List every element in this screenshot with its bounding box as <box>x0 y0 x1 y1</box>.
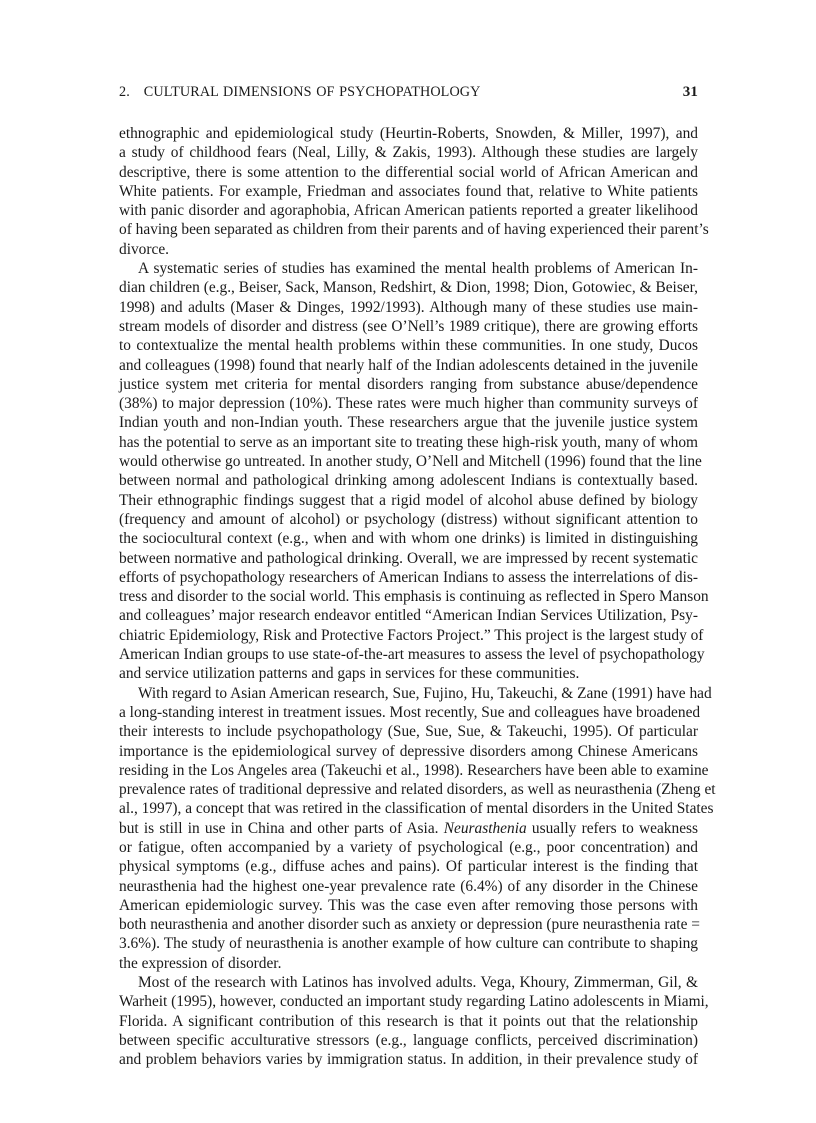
text-line: (38%) to major depression (10%). These r… <box>119 394 698 413</box>
text-line: between normative and pathological drink… <box>119 549 698 568</box>
paragraph-start-line: With regard to Asian American research, … <box>119 684 698 703</box>
text-line: American Indian groups to use state-of-t… <box>119 645 698 664</box>
text-line: 3.6%). The study of neurasthenia is anot… <box>119 934 698 953</box>
text-line: and service utilization patterns and gap… <box>119 664 698 683</box>
italic-term: Neurasthenia <box>444 820 527 837</box>
text-line: efforts of psychopathology researchers o… <box>119 568 698 587</box>
text-segment: usually refers to weakness <box>527 820 698 837</box>
text-line: and problem behaviors varies by immigrat… <box>119 1050 698 1069</box>
text-line: Their ethnographic findings suggest that… <box>119 491 698 510</box>
text-line: importance is the epidemiological survey… <box>119 742 698 761</box>
text-line: prevalence rates of traditional depressi… <box>119 780 698 799</box>
running-head: 2. CULTURAL DIMENSIONS OF PSYCHOPATHOLOG… <box>119 84 698 104</box>
text-line: Florida. A significant contribution of t… <box>119 1012 698 1031</box>
text-line: neurasthenia had the highest one-year pr… <box>119 877 698 896</box>
text-line: chiatric Epidemiology, Risk and Protecti… <box>119 626 698 645</box>
text-line: or fatigue, often accompanied by a varie… <box>119 838 698 857</box>
text-line: a study of childhood fears (Neal, Lilly,… <box>119 143 698 162</box>
text-line: Warheit (1995), however, conducted an im… <box>119 992 698 1011</box>
text-line: justice system met criteria for mental d… <box>119 375 698 394</box>
text-segment: but is still in use in China and other p… <box>119 820 444 837</box>
text-line: divorce. <box>119 240 698 259</box>
text-line: has the potential to serve as an importa… <box>119 433 698 452</box>
text-line: Indian youth and non-Indian youth. These… <box>119 413 698 432</box>
text-line: al., 1997), a concept that was retired i… <box>119 799 698 818</box>
text-line: both neurasthenia and another disorder s… <box>119 915 698 934</box>
paragraph-start-line: Most of the research with Latinos has in… <box>119 973 698 992</box>
paragraph-start-line: A systematic series of studies has exami… <box>119 259 698 278</box>
document-page: 2. CULTURAL DIMENSIONS OF PSYCHOPATHOLOG… <box>119 84 698 1070</box>
text-line: their interests to include psychopatholo… <box>119 722 698 741</box>
text-line: between normal and pathological drinking… <box>119 471 698 490</box>
text-line: stream models of disorder and distress (… <box>119 317 698 336</box>
text-line: physical symptoms (e.g., diffuse aches a… <box>119 857 698 876</box>
text-line: American epidemiologic survey. This was … <box>119 896 698 915</box>
text-line: the sociocultural context (e.g., when an… <box>119 529 698 548</box>
text-line: would otherwise go untreated. In another… <box>119 452 698 471</box>
page-number: 31 <box>683 84 698 101</box>
text-line: White patients. For example, Friedman an… <box>119 182 698 201</box>
text-line: and colleagues’ major research endeavor … <box>119 606 698 625</box>
text-line: residing in the Los Angeles area (Takeuc… <box>119 761 698 780</box>
text-line: but is still in use in China and other p… <box>119 819 698 838</box>
text-line: and colleagues (1998) found that nearly … <box>119 356 698 375</box>
text-line: with panic disorder and agoraphobia, Afr… <box>119 201 698 220</box>
text-line: descriptive, there is some attention to … <box>119 163 698 182</box>
text-line: to contextualize the mental health probl… <box>119 336 698 355</box>
text-line: 1998) and adults (Maser & Dinges, 1992/1… <box>119 298 698 317</box>
text-line: between specific acculturative stressors… <box>119 1031 698 1050</box>
chapter-title: 2. CULTURAL DIMENSIONS OF PSYCHOPATHOLOG… <box>119 84 481 101</box>
text-line: tress and disorder to the social world. … <box>119 587 698 606</box>
text-line: (frequency and amount of alcohol) or psy… <box>119 510 698 529</box>
text-line: dian children (e.g., Beiser, Sack, Manso… <box>119 278 698 297</box>
text-line: a long-standing interest in treatment is… <box>119 703 698 722</box>
text-line: ethnographic and epidemiological study (… <box>119 124 698 143</box>
text-line: the expression of disorder. <box>119 954 698 973</box>
body-text: ethnographic and epidemiological study (… <box>119 124 698 1070</box>
text-line: of having been separated as children fro… <box>119 220 698 239</box>
